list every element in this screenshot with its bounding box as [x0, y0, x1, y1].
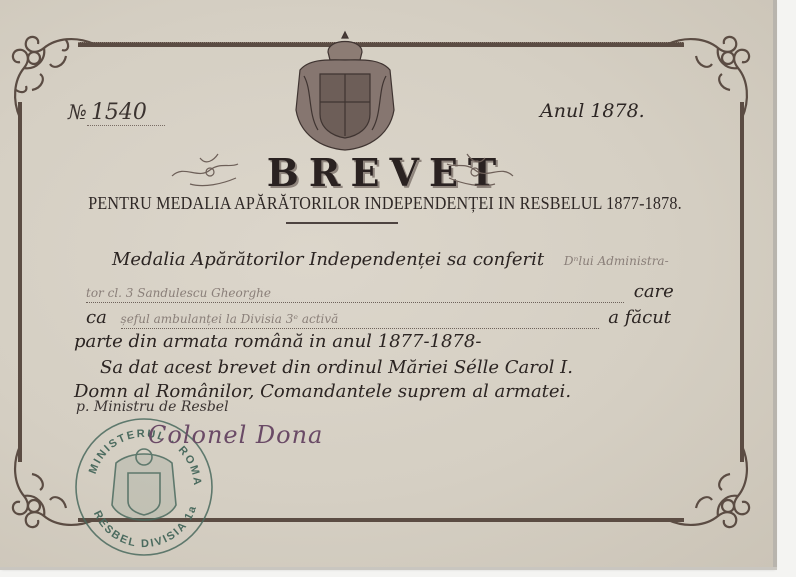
coat-of-arms-icon — [290, 30, 400, 152]
year-label: Anul 1878. — [540, 100, 645, 122]
body-printed-text: ca — [86, 307, 107, 328]
serial-value: 1540 — [87, 100, 165, 126]
handwritten-recipient-role: șeful ambulanței la Divisia 3ᵉ activă — [121, 312, 339, 326]
serial-prefix: № — [68, 100, 87, 124]
serial-number: №1540 — [68, 100, 165, 125]
corner-ornament-icon — [666, 30, 756, 120]
body-printed-text: care — [634, 281, 674, 302]
body-line-3: ca șeful ambulanței la Divisia 3ᵉ activă… — [86, 307, 671, 329]
body-line-1: Medalia Apărătorilor Independenței sa co… — [112, 249, 669, 270]
handwritten-recipient-rank: Dⁿlui Administra- — [564, 254, 669, 268]
body-printed-text: a făcut — [608, 307, 671, 328]
document-title: BREVET — [0, 150, 773, 195]
handwritten-signature: Colonel Dona — [148, 421, 323, 449]
body-line-4: parte din armata română in anul 1877-187… — [74, 331, 481, 352]
page-edge — [773, 0, 777, 567]
corner-ornament-icon — [666, 444, 756, 534]
page-edge — [0, 567, 777, 570]
body-line-5: Sa dat acest brevet din ordinul Măriei S… — [100, 357, 573, 378]
handwritten-recipient-name: tor cl. 3 Sandulescu Gheorghe — [86, 286, 271, 300]
body-printed-text: Medalia Apărătorilor Independenței sa co… — [112, 249, 544, 270]
body-line-2: tor cl. 3 Sandulescu Gheorghe care — [86, 281, 674, 303]
flourish-ornament-icon — [445, 150, 515, 190]
document-subtitle: PENTRU MEDALIA APĂRĂTORILOR INDEPENDENȚE… — [68, 193, 703, 214]
subtitle-underline — [286, 222, 398, 225]
certificate-paper: №1540 Anul 1878. BREVET PENTRU MEDALIA A… — [0, 0, 773, 567]
